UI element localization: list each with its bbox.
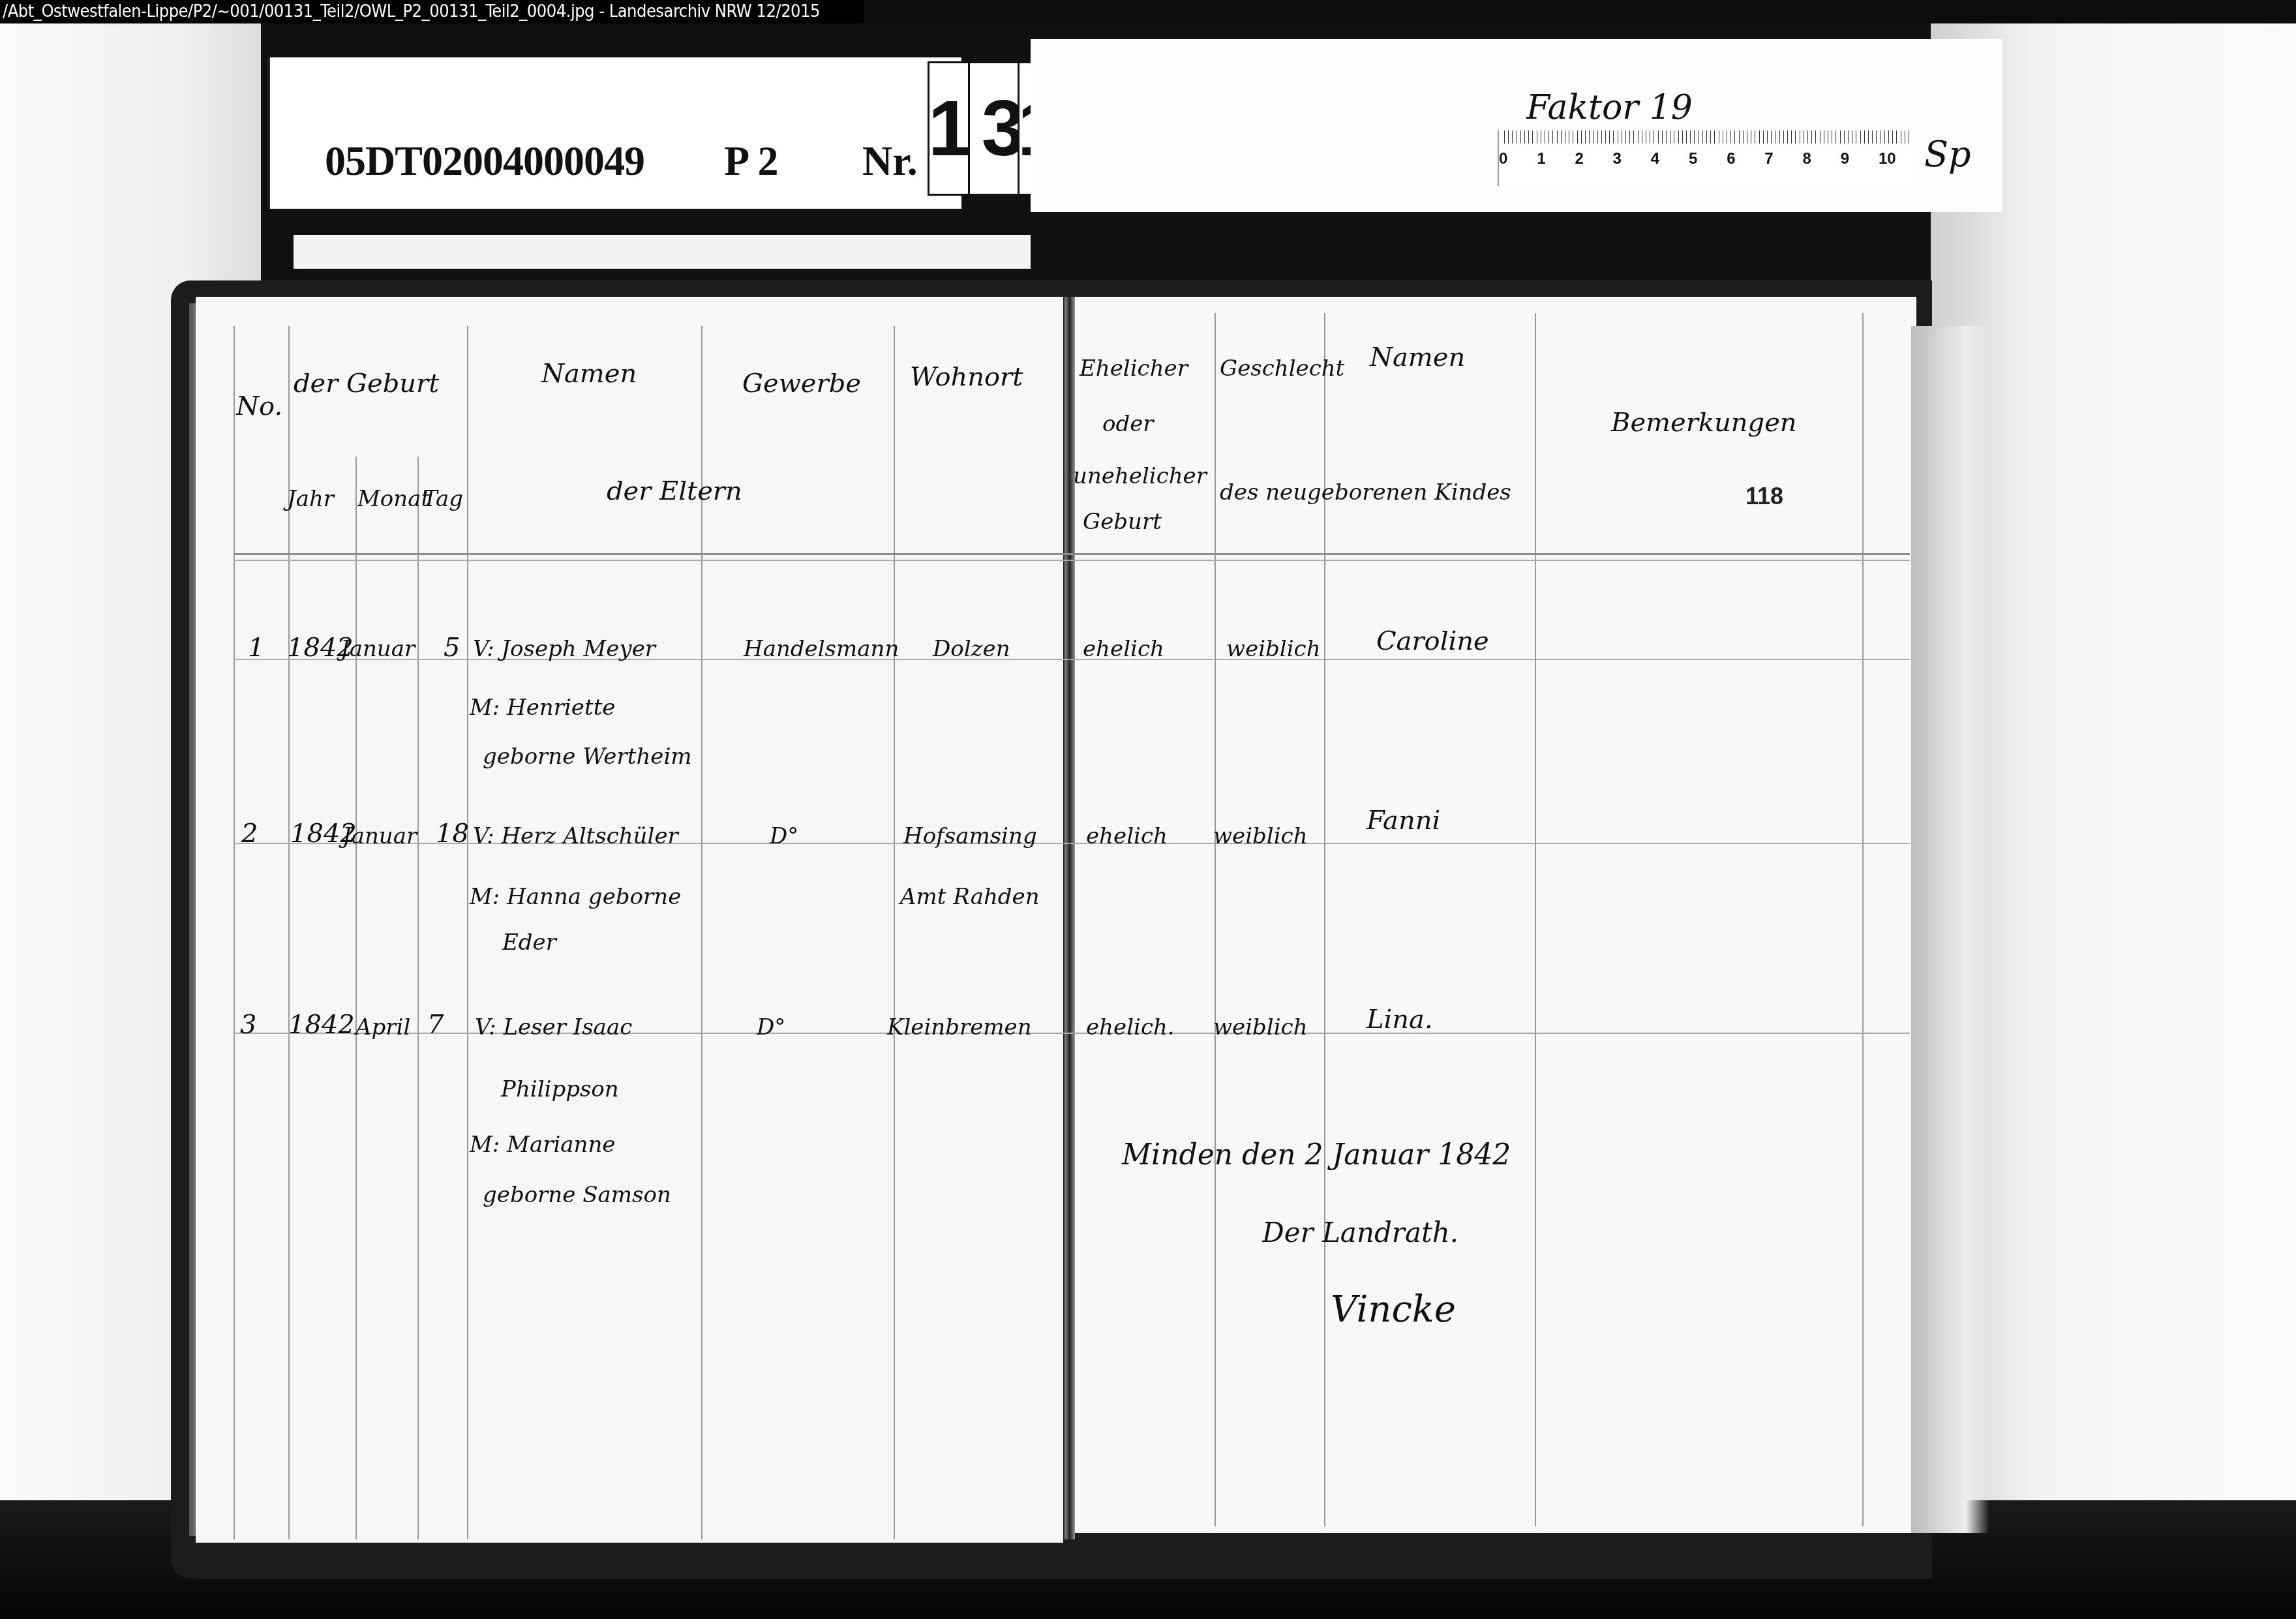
entry-day: 18 <box>436 819 469 849</box>
entry-sex: weiblich <box>1226 636 1321 662</box>
entry-residence: Dolzen <box>933 636 1010 662</box>
entry-father: Philippson <box>501 1076 619 1102</box>
entry-legitimacy: ehelich <box>1086 823 1168 849</box>
ruler-number: 0 <box>1499 150 1537 168</box>
archive-code: 05DT02004000049 <box>325 137 644 185</box>
header-no: No. <box>236 391 282 421</box>
entry-father: V: Leser Isaac <box>475 1014 632 1040</box>
entry-trade: Handelsmann <box>744 636 899 662</box>
entry-no: 3 <box>240 1010 256 1040</box>
entry-mother: geborne Samson <box>483 1182 671 1208</box>
entry-child-name: Fanni <box>1367 806 1440 836</box>
header-legitimacy: unehelicher <box>1073 463 1207 489</box>
label-strip <box>294 235 1031 269</box>
scale-mark: Sp <box>1924 134 1971 175</box>
entry-year: 1842 <box>288 1010 355 1040</box>
entry-month: Januar <box>340 636 415 662</box>
header-separator <box>234 553 1910 555</box>
entry-no: 1 <box>248 633 264 663</box>
entry-mother: M: Henriette <box>470 695 615 721</box>
entry-child-name: Caroline <box>1376 626 1489 656</box>
ruler-number: 10 <box>1879 150 1916 168</box>
header-year: Jahr <box>287 486 334 512</box>
entry-month: Januar <box>342 823 417 849</box>
entry-residence: Amt Rahden <box>900 884 1040 910</box>
archive-nr-label: Nr. <box>862 137 918 185</box>
entry-residence: Hofsamsing <box>903 823 1037 849</box>
ruler-numbers: 0 1 2 3 4 5 6 7 8 9 10 <box>1499 150 1916 168</box>
header-sex: Geschlecht <box>1220 356 1344 382</box>
entry-father: V: Herz Altschüler <box>473 823 678 849</box>
ruler-number: 4 <box>1651 150 1689 168</box>
header-child-name: Namen <box>1370 342 1465 372</box>
header-month: Monat <box>357 486 430 512</box>
ruler-number: 9 <box>1841 150 1879 168</box>
entry-no: 2 <box>241 819 258 849</box>
entry-child-name: Lina. <box>1367 1005 1433 1035</box>
closing-place-date: Minden den 2 Januar 1842 <box>1122 1138 1511 1172</box>
entry-day: 7 <box>427 1010 444 1040</box>
header-names: Namen <box>541 359 637 389</box>
ruler-card <box>1031 39 2002 212</box>
column-rule <box>355 457 357 1539</box>
ruler-number: 8 <box>1803 150 1841 168</box>
closing-office: Der Landrath. <box>1262 1217 1458 1248</box>
column-rule <box>417 457 419 1539</box>
entry-sex: weiblich <box>1213 823 1308 849</box>
number-digit-card: 1 <box>928 61 972 196</box>
header-legitimacy: oder <box>1102 411 1154 437</box>
column-rule <box>701 326 702 1539</box>
header-remarks: Bemerkungen <box>1611 408 1797 438</box>
column-rule <box>894 326 895 1539</box>
header-child-name: des neugeborenen Kindes <box>1220 479 1511 506</box>
header-birth-date: der Geburt <box>294 369 439 399</box>
header-residence: Wohnort <box>910 362 1023 392</box>
entry-trade: D° <box>757 1014 785 1040</box>
closing-signature: Vincke <box>1331 1288 1456 1331</box>
entry-month: April <box>355 1014 410 1040</box>
archive-label-card <box>267 57 961 209</box>
entry-legitimacy: ehelich. <box>1086 1014 1175 1040</box>
entry-mother: M: Hanna geborne <box>470 884 681 910</box>
entry-residence: Kleinbremen <box>887 1014 1032 1040</box>
ruler-number: 7 <box>1764 150 1802 168</box>
entry-father: V: Joseph Meyer <box>473 636 656 662</box>
entry-mother: M: Marianne <box>470 1132 615 1158</box>
entry-mother: Eder <box>502 930 556 956</box>
column-rule <box>1215 313 1216 1526</box>
ruler-number: 5 <box>1689 150 1727 168</box>
scale-factor-label: Faktor 19 <box>1526 88 1693 127</box>
entry-trade: D° <box>770 823 798 849</box>
column-rule <box>467 326 468 1539</box>
page-shadow <box>1911 326 1989 1533</box>
ruler-ticks <box>1504 130 1910 144</box>
header-separator <box>234 560 1910 561</box>
ruler-number: 6 <box>1727 150 1764 168</box>
entry-day: 5 <box>444 633 460 663</box>
column-rule <box>234 326 235 1539</box>
column-rule <box>1535 313 1536 1526</box>
archive-series: P 2 <box>724 137 779 185</box>
column-rule <box>1862 313 1864 1526</box>
ruler-number: 3 <box>1613 150 1651 168</box>
ruler-number: 1 <box>1537 150 1575 168</box>
image-path-title: /Abt_Ostwestfalen-Lippe/P2/~001/00131_Te… <box>0 0 864 23</box>
header-trade: Gewerbe <box>742 369 861 399</box>
entry-sex: weiblich <box>1213 1014 1308 1040</box>
page-number: 118 <box>1745 483 1783 510</box>
scale-ruler: 0 1 2 3 4 5 6 7 8 9 10 <box>1498 130 1916 186</box>
header-day: Tag <box>423 486 463 512</box>
entry-mother: geborne Wertheim <box>483 744 692 770</box>
header-of-parents: der Eltern <box>607 476 742 506</box>
entry-legitimacy: ehelich <box>1083 636 1164 662</box>
ruler-number: 2 <box>1575 150 1612 168</box>
header-legitimacy: Ehelicher <box>1080 356 1188 382</box>
header-legitimacy: Geburt <box>1083 509 1162 535</box>
